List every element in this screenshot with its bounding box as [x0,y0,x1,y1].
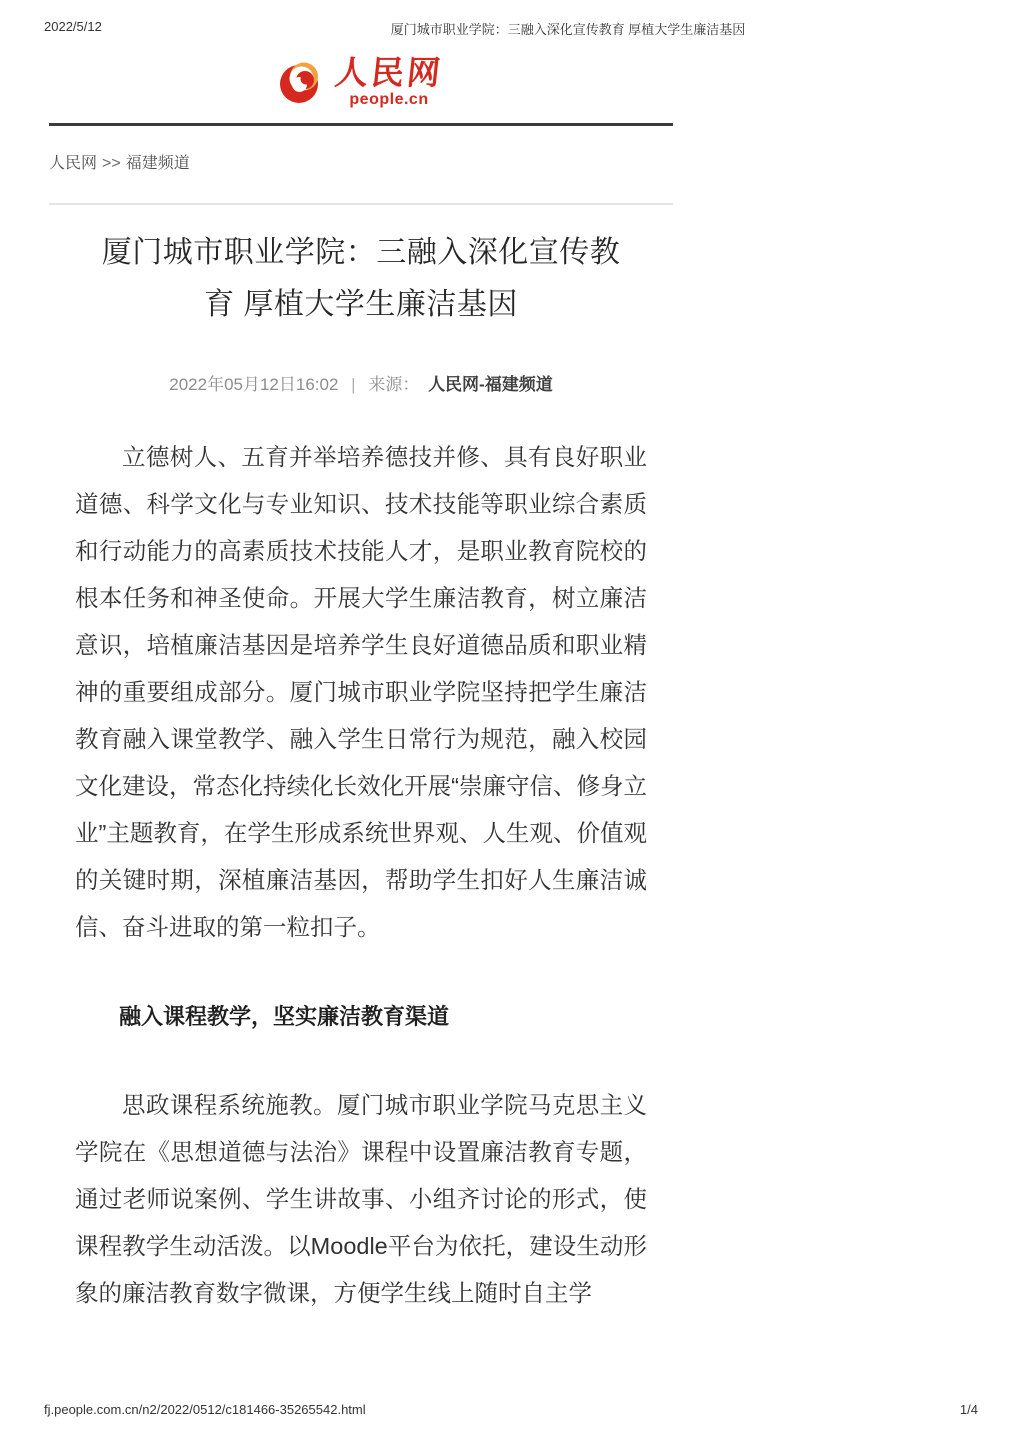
logo-text: 人民网 people.cn [335,56,443,108]
article-meta: 2022年05月12日16:02 | 来源： 人民网-福建频道 [49,373,673,397]
source-label: 来源： [368,375,419,394]
breadcrumb-divider [49,203,673,205]
logo-cn-text: 人民网 [333,56,445,90]
article-title: 厦门城市职业学院：三融入深化宣传教育 厚植大学生廉洁基因 [93,227,630,331]
people-cn-logo-swirl-icon [279,58,325,106]
section-subheading: 融入课程教学，坚实廉洁教育渠道 [49,1002,673,1032]
breadcrumb-site: 人民网 [49,155,97,172]
source-name: 人民网-福建频道 [428,375,553,394]
header-divider [49,123,673,126]
article-column: 人民网 people.cn 人民网>>福建频道 厦门城市职业学院：三融入深化宣传… [49,0,673,1317]
breadcrumb-channel: 福建频道 [126,155,190,172]
logo-en-text: people.cn [335,91,443,108]
people-cn-logo: 人民网 people.cn [49,56,673,118]
meta-divider: | [351,375,355,394]
article-paragraph: 立德树人、五育并举培养德技并修、具有良好职业道德、科学文化与专业知识、技术技能等… [49,434,673,951]
print-footer-page-number: 1/4 [960,1402,978,1417]
print-footer: fj.people.com.cn/n2/2022/0512/c181466-35… [44,1402,978,1417]
print-footer-url: fj.people.com.cn/n2/2022/0512/c181466-35… [44,1402,366,1417]
publish-datetime: 2022年05月12日16:02 [169,375,338,394]
breadcrumb-separator-icon: >> [102,155,121,172]
breadcrumb: 人民网>>福建频道 [49,154,673,174]
article-paragraph: 思政课程系统施教。厦门城市职业学院马克思主义学院在《思想道德与法治》课程中设置廉… [49,1082,673,1317]
